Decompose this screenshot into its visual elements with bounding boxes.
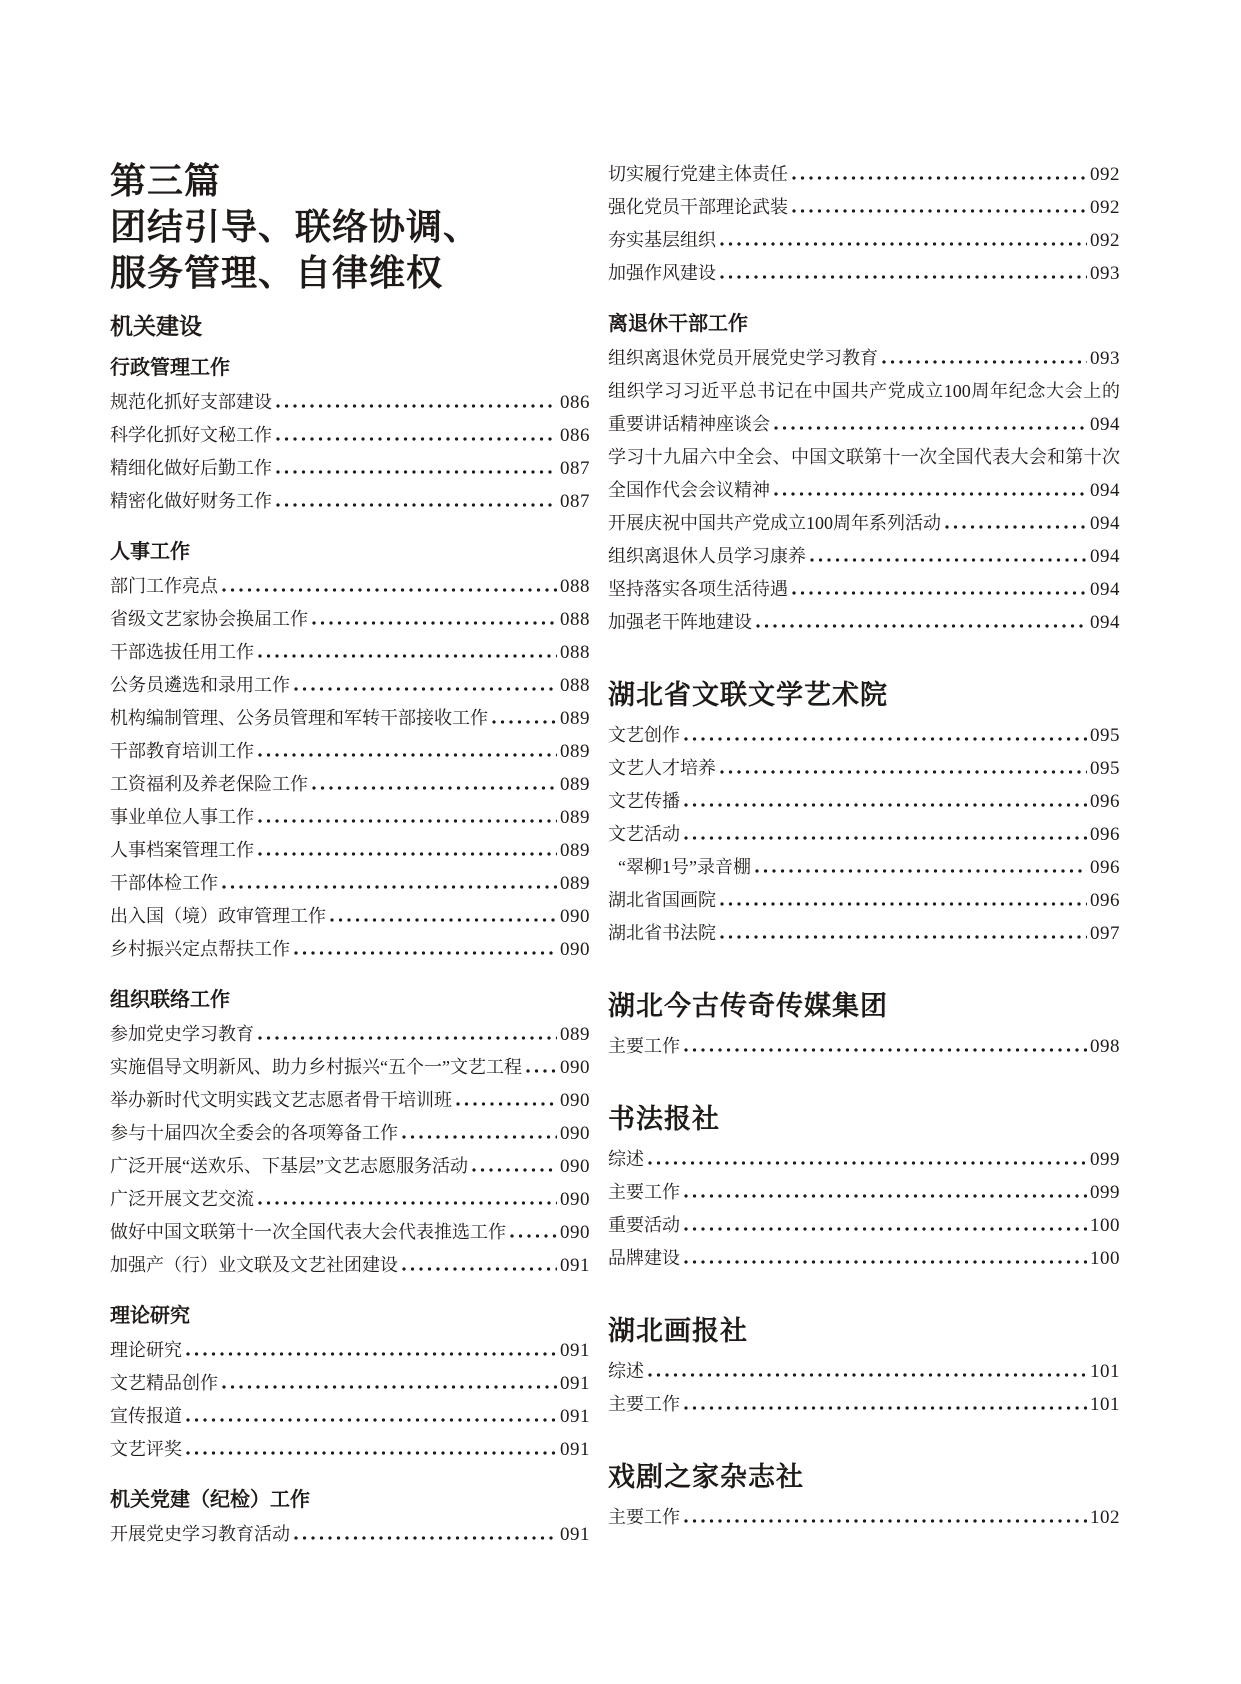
toc-dots-leader xyxy=(330,918,557,922)
toc-dots-leader xyxy=(312,621,557,625)
toc-dots-leader xyxy=(276,404,557,408)
toc-entry: 文艺创作095 xyxy=(608,719,1120,752)
toc-entry: 出入国（境）政审管理工作090 xyxy=(110,900,590,933)
toc-page-number: 087 xyxy=(560,452,590,485)
toc-entry-text: 组织离退休党员开展党史学习教育 xyxy=(608,342,878,375)
toc-entry-text: 出入国（境）政审管理工作 xyxy=(110,900,326,933)
toc-page-number: 091 xyxy=(560,1249,590,1282)
toc-entry: 文艺评奖091 xyxy=(110,1433,590,1466)
toc-page-number: 089 xyxy=(560,735,590,768)
toc-page-number: 090 xyxy=(560,1150,590,1183)
toc-entry: 干部体检工作089 xyxy=(110,867,590,900)
part-title: 第三篇团结引导、联络协调、服务管理、自律维权 xyxy=(110,158,590,296)
toc-entry-text: 省级文艺家协会换届工作 xyxy=(110,603,308,636)
toc-entry: 加强产（行）业文联及文艺社团建设091 xyxy=(110,1249,590,1282)
toc-page-number: 102 xyxy=(1090,1501,1120,1534)
toc-entry-text: “翠柳1号”录音棚 xyxy=(608,851,751,884)
toc-dots-leader xyxy=(648,1373,1087,1377)
org-section-header: 湖北今古传奇传媒集团 xyxy=(608,986,1120,1026)
toc-page-number: 093 xyxy=(1090,257,1120,290)
subsection-header: 人事工作 xyxy=(110,534,590,570)
toc-entry: 组织离退休人员学习康养094 xyxy=(608,540,1120,573)
toc-entry-text: 综述 xyxy=(608,1355,644,1388)
toc-entry: 实施倡导文明新风、助力乡村振兴“五个一”文艺工程090 xyxy=(110,1051,590,1084)
toc-dots-leader xyxy=(810,558,1087,562)
org-section-header: 书法报社 xyxy=(608,1099,1120,1139)
toc-page-number: 088 xyxy=(560,669,590,702)
toc-entry-text: 文艺人才培养 xyxy=(608,752,716,785)
toc-entry: 加强作风建设093 xyxy=(608,257,1120,290)
subsection-header: 离退休干部工作 xyxy=(608,306,1120,342)
toc-entry: 文艺人才培养095 xyxy=(608,752,1120,785)
toc-left-column: 第三篇团结引导、联络协调、服务管理、自律维权机关建设行政管理工作规范化抓好支部建… xyxy=(110,158,590,1551)
toc-page-number: 096 xyxy=(1090,851,1120,884)
toc-entry: 主要工作101 xyxy=(608,1388,1120,1421)
toc-dots-leader xyxy=(684,1048,1087,1052)
part-title-line: 团结引导、联络协调、 xyxy=(110,204,590,250)
toc-page-number: 099 xyxy=(1090,1143,1120,1176)
toc-dots-leader xyxy=(792,209,1087,213)
toc-page-number: 092 xyxy=(1090,224,1120,257)
toc-dots-leader xyxy=(276,503,557,507)
toc-entry: 文艺传播096 xyxy=(608,785,1120,818)
toc-page-number: 094 xyxy=(1090,606,1120,639)
org-section-header: 湖北画报社 xyxy=(608,1311,1120,1351)
toc-dots-leader xyxy=(648,1161,1087,1165)
toc-page-number: 095 xyxy=(1090,719,1120,752)
toc-dots-leader xyxy=(222,885,557,889)
toc-dots-leader xyxy=(276,437,557,441)
toc-page-number: 101 xyxy=(1090,1355,1120,1388)
toc-entry-text: 主要工作 xyxy=(608,1501,680,1534)
toc-entry-text: 宣传报道 xyxy=(110,1400,182,1433)
toc-entry-text: 文艺精品创作 xyxy=(110,1367,218,1400)
toc-page-number: 096 xyxy=(1090,884,1120,917)
toc-page-number: 098 xyxy=(1090,1030,1120,1063)
toc-dots-leader xyxy=(222,588,557,592)
toc-dots-leader xyxy=(792,591,1087,595)
toc-dots-leader xyxy=(720,902,1087,906)
toc-page-number: 089 xyxy=(560,1018,590,1051)
toc-page-number: 090 xyxy=(560,1084,590,1117)
toc-dots-leader xyxy=(222,1385,557,1389)
toc-entry: 主要工作099 xyxy=(608,1176,1120,1209)
toc-dots-leader xyxy=(258,819,557,823)
org-section-header: 戏剧之家杂志社 xyxy=(608,1457,1120,1497)
part-title-line: 服务管理、自律维权 xyxy=(110,250,590,296)
toc-entry: 参加党史学习教育089 xyxy=(110,1018,590,1051)
toc-dots-leader xyxy=(472,1168,557,1172)
toc-page-number: 094 xyxy=(1090,408,1120,441)
toc-page-number: 086 xyxy=(560,386,590,419)
toc-dots-leader xyxy=(186,1451,557,1455)
toc-entry-text: 切实履行党建主体责任 xyxy=(608,158,788,191)
toc-page-number: 096 xyxy=(1090,785,1120,818)
toc-dots-leader xyxy=(684,1194,1087,1198)
toc-dots-leader xyxy=(774,492,1087,496)
toc-entry: 主要工作098 xyxy=(608,1030,1120,1063)
toc-dots-leader xyxy=(258,753,557,757)
toc-dots-leader xyxy=(684,836,1087,840)
toc-dots-leader xyxy=(294,687,557,691)
toc-page-number: 100 xyxy=(1090,1242,1120,1275)
toc-dots-leader xyxy=(456,1102,557,1106)
toc-entry: 文艺活动096 xyxy=(608,818,1120,851)
toc-entry-text: 精密化做好财务工作 xyxy=(110,485,272,518)
toc-entry: 精细化做好后勤工作087 xyxy=(110,452,590,485)
subsection-header: 理论研究 xyxy=(110,1298,590,1334)
toc-entry-text: 重要活动 xyxy=(608,1209,680,1242)
toc-entry: 湖北省书法院097 xyxy=(608,917,1120,950)
toc-entry-text: 文艺创作 xyxy=(608,719,680,752)
toc-page-number: 088 xyxy=(560,603,590,636)
toc-entry-text: 湖北省国画院 xyxy=(608,884,716,917)
toc-dots-leader xyxy=(684,1519,1087,1523)
toc-dots-leader xyxy=(186,1418,557,1422)
toc-dots-leader xyxy=(294,1536,557,1540)
toc-entry-text: 加强作风建设 xyxy=(608,257,716,290)
toc-entry: 综述101 xyxy=(608,1355,1120,1388)
toc-dots-leader xyxy=(755,869,1087,873)
toc-page-number: 094 xyxy=(1090,507,1120,540)
toc-entry: 重要讲话精神座谈会094 xyxy=(608,408,1120,441)
toc-entry-text: 举办新时代文明实践文艺志愿者骨干培训班 xyxy=(110,1084,452,1117)
toc-entry-wrap-line: 学习十九届六中全会、中国文联第十一次全国代表大会和第十次 xyxy=(608,441,1120,474)
toc-entry-text: 机构编制管理、公务员管理和军转干部接收工作 xyxy=(110,702,488,735)
toc-entry-text: 坚持落实各项生活待遇 xyxy=(608,573,788,606)
org-section-header: 湖北省文联文学艺术院 xyxy=(608,675,1120,715)
toc-entry: 综述099 xyxy=(608,1143,1120,1176)
toc-dots-leader xyxy=(720,935,1087,939)
toc-entry: 举办新时代文明实践文艺志愿者骨干培训班090 xyxy=(110,1084,590,1117)
toc-entry: 事业单位人事工作089 xyxy=(110,801,590,834)
toc-dots-leader xyxy=(402,1267,557,1271)
toc-page-number: 095 xyxy=(1090,752,1120,785)
toc-page-number: 089 xyxy=(560,768,590,801)
toc-entry-text: 实施倡导文明新风、助力乡村振兴“五个一”文艺工程 xyxy=(110,1051,522,1084)
toc-page-number: 091 xyxy=(560,1518,590,1551)
toc-entry: 开展党史学习教育活动091 xyxy=(110,1518,590,1551)
toc-dots-leader xyxy=(684,1260,1087,1264)
toc-dots-leader xyxy=(258,1201,557,1205)
toc-entry-text: 事业单位人事工作 xyxy=(110,801,254,834)
toc-dots-leader xyxy=(186,1352,557,1356)
toc-entry: 品牌建设100 xyxy=(608,1242,1120,1275)
toc-entry-text: 做好中国文联第十一次全国代表大会代表推选工作 xyxy=(110,1216,506,1249)
toc-page-number: 089 xyxy=(560,834,590,867)
toc-right-column: 切实履行党建主体责任092强化党员干部理论武装092夯实基层组织092加强作风建… xyxy=(608,158,1120,1551)
toc-page-number: 088 xyxy=(560,570,590,603)
toc-page-number: 090 xyxy=(560,900,590,933)
toc-entry-text: 湖北省书法院 xyxy=(608,917,716,950)
toc-dots-leader xyxy=(402,1135,557,1139)
toc-entry: 组织离退休党员开展党史学习教育093 xyxy=(608,342,1120,375)
toc-page-number: 090 xyxy=(560,933,590,966)
toc-dots-leader xyxy=(774,426,1087,430)
toc-entry: 科学化抓好文秘工作086 xyxy=(110,419,590,452)
toc-entry: “翠柳1号”录音棚096 xyxy=(608,851,1120,884)
toc-page-number: 092 xyxy=(1090,158,1120,191)
toc-dots-leader xyxy=(312,786,557,790)
toc-entry-wrap-line: 组织学习习近平总书记在中国共产党成立100周年纪念大会上的 xyxy=(608,375,1120,408)
toc-page-number: 094 xyxy=(1090,474,1120,507)
toc-dots-leader xyxy=(526,1069,557,1073)
toc-entry-text: 开展党史学习教育活动 xyxy=(110,1518,290,1551)
toc-entry: 重要活动100 xyxy=(608,1209,1120,1242)
toc-page-number: 096 xyxy=(1090,818,1120,851)
toc-entry-text: 理论研究 xyxy=(110,1334,182,1367)
toc-page-number: 091 xyxy=(560,1367,590,1400)
toc-entry-text: 主要工作 xyxy=(608,1176,680,1209)
toc-entry-text: 干部教育培训工作 xyxy=(110,735,254,768)
toc-dots-leader xyxy=(294,951,557,955)
toc-entry-text: 公务员遴选和录用工作 xyxy=(110,669,290,702)
toc-entry: 主要工作102 xyxy=(608,1501,1120,1534)
toc-entry-text: 品牌建设 xyxy=(608,1242,680,1275)
toc-dots-leader xyxy=(684,737,1087,741)
toc-entry: 湖北省国画院096 xyxy=(608,884,1120,917)
toc-entry-text: 组织离退休人员学习康养 xyxy=(608,540,806,573)
toc-entry: 公务员遴选和录用工作088 xyxy=(110,669,590,702)
toc-entry-text: 全国作代会会议精神 xyxy=(608,474,770,507)
toc-entry: 坚持落实各项生活待遇094 xyxy=(608,573,1120,606)
toc-page-number: 100 xyxy=(1090,1209,1120,1242)
toc-entry: 广泛开展文艺交流090 xyxy=(110,1183,590,1216)
toc-entry-text: 加强老干阵地建设 xyxy=(608,606,752,639)
toc-page: 第三篇团结引导、联络协调、服务管理、自律维权机关建设行政管理工作规范化抓好支部建… xyxy=(0,0,1241,1684)
toc-entry: 人事档案管理工作089 xyxy=(110,834,590,867)
toc-dots-leader xyxy=(258,852,557,856)
section-header: 机关建设 xyxy=(110,306,590,346)
subsection-header: 行政管理工作 xyxy=(110,350,590,386)
toc-entry-text: 工资福利及养老保险工作 xyxy=(110,768,308,801)
toc-entry-text: 参加党史学习教育 xyxy=(110,1018,254,1051)
part-title-line: 第三篇 xyxy=(110,158,590,204)
toc-entry-text: 夯实基层组织 xyxy=(608,224,716,257)
toc-dots-leader xyxy=(756,624,1087,628)
toc-entry-text: 干部选拔任用工作 xyxy=(110,636,254,669)
toc-entry-text: 参与十届四次全委会的各项筹备工作 xyxy=(110,1117,398,1150)
toc-entry-text: 强化党员干部理论武装 xyxy=(608,191,788,224)
toc-page-number: 088 xyxy=(560,636,590,669)
toc-dots-leader xyxy=(882,360,1087,364)
toc-page-number: 092 xyxy=(1090,191,1120,224)
toc-page-number: 089 xyxy=(560,801,590,834)
toc-entry: 切实履行党建主体责任092 xyxy=(608,158,1120,191)
toc-page-number: 090 xyxy=(560,1183,590,1216)
toc-page-number: 094 xyxy=(1090,540,1120,573)
toc-dots-leader xyxy=(492,720,557,724)
toc-entry-text: 规范化抓好支部建设 xyxy=(110,386,272,419)
toc-entry-text: 部门工作亮点 xyxy=(110,570,218,603)
toc-dots-leader xyxy=(684,1406,1087,1410)
toc-dots-leader xyxy=(720,242,1087,246)
toc-entry: 夯实基层组织092 xyxy=(608,224,1120,257)
toc-entry-text: 科学化抓好文秘工作 xyxy=(110,419,272,452)
toc-page-number: 089 xyxy=(560,867,590,900)
toc-entry: 加强老干阵地建设094 xyxy=(608,606,1120,639)
toc-page-number: 099 xyxy=(1090,1176,1120,1209)
toc-entry-text: 人事档案管理工作 xyxy=(110,834,254,867)
toc-entry: 工资福利及养老保险工作089 xyxy=(110,768,590,801)
toc-page-number: 089 xyxy=(560,702,590,735)
toc-dots-leader xyxy=(258,1036,557,1040)
toc-entry: 干部选拔任用工作088 xyxy=(110,636,590,669)
toc-dots-leader xyxy=(720,770,1087,774)
toc-entry: 做好中国文联第十一次全国代表大会代表推选工作090 xyxy=(110,1216,590,1249)
toc-page-number: 097 xyxy=(1090,917,1120,950)
toc-page-number: 094 xyxy=(1090,573,1120,606)
toc-entry: 机构编制管理、公务员管理和军转干部接收工作089 xyxy=(110,702,590,735)
toc-page-number: 090 xyxy=(560,1051,590,1084)
toc-entry: 乡村振兴定点帮扶工作090 xyxy=(110,933,590,966)
toc-entry: 理论研究091 xyxy=(110,1334,590,1367)
toc-entry-text: 开展庆祝中国共产党成立100周年系列活动 xyxy=(608,507,941,540)
toc-entry: 干部教育培训工作089 xyxy=(110,735,590,768)
toc-dots-leader xyxy=(684,1227,1087,1231)
toc-entry: 部门工作亮点088 xyxy=(110,570,590,603)
toc-entry-text: 乡村振兴定点帮扶工作 xyxy=(110,933,290,966)
toc-entry-text: 广泛开展“送欢乐、下基层”文艺志愿服务活动 xyxy=(110,1150,468,1183)
toc-dots-leader xyxy=(945,525,1087,529)
toc-entry: 文艺精品创作091 xyxy=(110,1367,590,1400)
toc-entry-text: 干部体检工作 xyxy=(110,867,218,900)
toc-entry-text: 加强产（行）业文联及文艺社团建设 xyxy=(110,1249,398,1282)
toc-entry: 广泛开展“送欢乐、下基层”文艺志愿服务活动090 xyxy=(110,1150,590,1183)
toc-entry-text: 精细化做好后勤工作 xyxy=(110,452,272,485)
toc-entry: 全国作代会会议精神094 xyxy=(608,474,1120,507)
toc-entry-text: 主要工作 xyxy=(608,1030,680,1063)
toc-entry-text: 文艺传播 xyxy=(608,785,680,818)
subsection-header: 组织联络工作 xyxy=(110,982,590,1018)
toc-page-number: 091 xyxy=(560,1334,590,1367)
toc-page-number: 091 xyxy=(560,1433,590,1466)
toc-entry: 开展庆祝中国共产党成立100周年系列活动094 xyxy=(608,507,1120,540)
toc-page-number: 091 xyxy=(560,1400,590,1433)
toc-entry-text: 文艺活动 xyxy=(608,818,680,851)
toc-entry-text: 主要工作 xyxy=(608,1388,680,1421)
toc-dots-leader xyxy=(276,470,557,474)
toc-entry: 省级文艺家协会换届工作088 xyxy=(110,603,590,636)
toc-page-number: 086 xyxy=(560,419,590,452)
toc-entry: 规范化抓好支部建设086 xyxy=(110,386,590,419)
toc-entry: 参与十届四次全委会的各项筹备工作090 xyxy=(110,1117,590,1150)
toc-content: 第三篇团结引导、联络协调、服务管理、自律维权机关建设行政管理工作规范化抓好支部建… xyxy=(110,158,1120,1551)
toc-dots-leader xyxy=(792,176,1087,180)
toc-entry: 精密化做好财务工作087 xyxy=(110,485,590,518)
toc-entry: 强化党员干部理论武装092 xyxy=(608,191,1120,224)
toc-page-number: 087 xyxy=(560,485,590,518)
toc-dots-leader xyxy=(510,1234,557,1238)
toc-entry-text: 文艺评奖 xyxy=(110,1433,182,1466)
toc-dots-leader xyxy=(720,275,1087,279)
toc-page-number: 093 xyxy=(1090,342,1120,375)
subsection-header: 机关党建（纪检）工作 xyxy=(110,1482,590,1518)
toc-entry-text: 重要讲话精神座谈会 xyxy=(608,408,770,441)
toc-dots-leader xyxy=(684,803,1087,807)
toc-entry-text: 广泛开展文艺交流 xyxy=(110,1183,254,1216)
toc-dots-leader xyxy=(258,654,557,658)
toc-page-number: 090 xyxy=(560,1117,590,1150)
toc-page-number: 101 xyxy=(1090,1388,1120,1421)
toc-entry-text: 综述 xyxy=(608,1143,644,1176)
toc-entry: 宣传报道091 xyxy=(110,1400,590,1433)
toc-page-number: 090 xyxy=(560,1216,590,1249)
